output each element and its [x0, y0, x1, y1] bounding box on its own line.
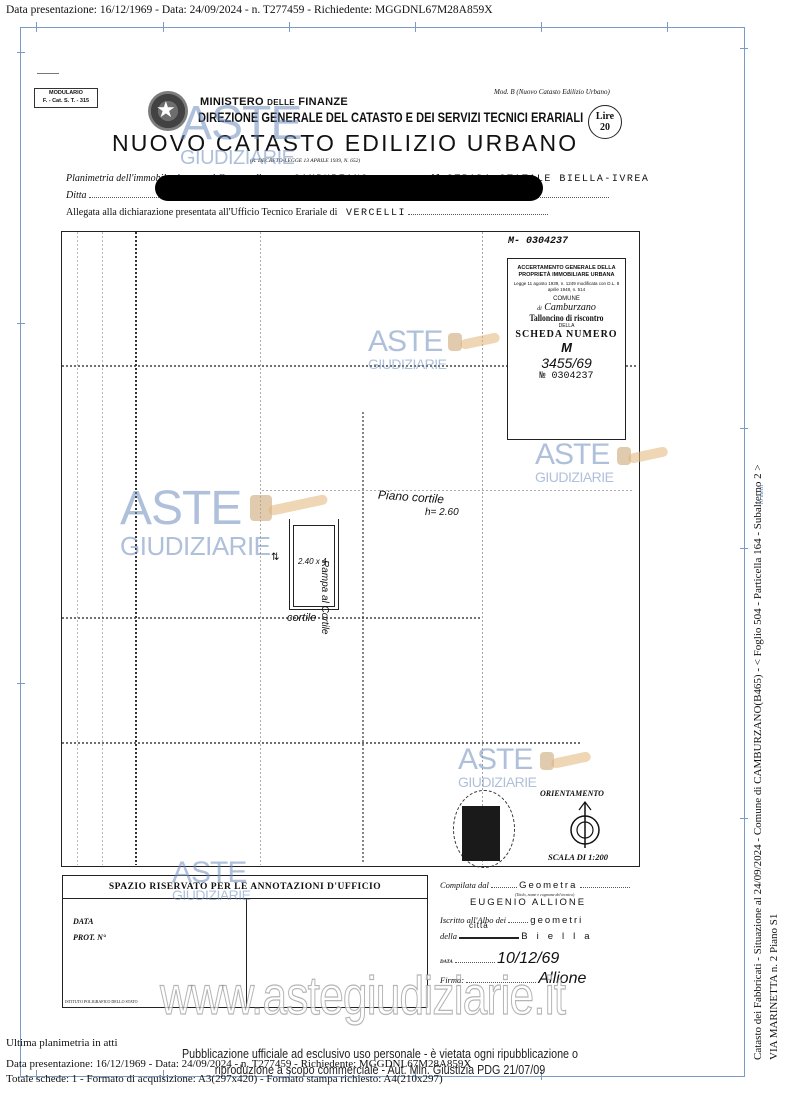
citta-label: città	[469, 921, 489, 930]
redaction-bar	[155, 175, 543, 201]
stub-title: ACCERTAMENTO GENERALE DELLA PROPRIETÀ IM…	[508, 265, 625, 279]
rampa-label: Rampa al Cortile	[319, 560, 330, 634]
stub-talloncino: Talloncino di riscontro	[517, 313, 616, 323]
stamp-image	[462, 806, 500, 861]
iscritto-value: geometri	[530, 915, 583, 926]
watermark-aste-2: ASTEGIUDIZIARIE	[368, 327, 447, 371]
wm-aste: ASTE	[120, 485, 271, 533]
ditta-label: Ditta	[66, 190, 87, 201]
side-cadastral-line: Catasto dei Fabbricati - Situazione al 2…	[752, 440, 764, 1060]
wm-giudiziarie: GIUDIZIARIE	[180, 148, 301, 168]
ministry-end: FINANZE	[298, 96, 348, 108]
annotations-prot-label: PROT. N°	[73, 933, 106, 942]
stub-scheda-number: 3455/69	[508, 355, 625, 371]
printer-label: ISTITUTO POLIGRAFICO DELLO STATO	[65, 999, 138, 1004]
modulario-label: MODULARIO	[35, 89, 97, 97]
north-arrow-icon	[565, 800, 605, 850]
lire-stamp: Lire 20	[588, 105, 622, 139]
compilata-row: Compilata dal Geometra	[440, 880, 630, 891]
wm-aste: ASTE	[180, 100, 301, 148]
stub-no-label: №	[539, 371, 545, 382]
ultima-label: Ultima planimetria in atti	[6, 1037, 118, 1049]
watermark-aste-1: ASTEGIUDIZIARIE	[180, 100, 301, 168]
della-row: della Biella	[440, 931, 599, 942]
ufficio-value: VERCELLI	[346, 208, 406, 219]
stub-no-value: 0304237	[552, 371, 594, 382]
watermark-aste-4: ASTEGIUDIZIARIE	[120, 485, 271, 559]
stub-scheda: SCHEDA NUMERO	[508, 329, 625, 340]
m-number: M- 0304237	[508, 236, 568, 247]
stub-law: Legge 11 agosto 1939, n. 1249 modificata…	[508, 281, 625, 293]
talloncino-stub: ACCERTAMENTO GENERALE DELLA PROPRIETÀ IM…	[507, 258, 626, 440]
scan-mark	[37, 73, 59, 74]
cortile-label: cortile	[287, 612, 316, 624]
compilata-value: Geometra	[519, 880, 577, 891]
wm-aste: ASTE	[368, 327, 447, 357]
scale-label: SCALA DI 1:200	[548, 852, 608, 862]
compiler-name: EUGENIO ALLIONE	[470, 897, 586, 908]
watermark-aste-5: ASTEGIUDIZIARIE	[458, 745, 537, 789]
watermark-aste-3: ASTEGIUDIZIARIE	[535, 440, 614, 484]
header-line: Data presentazione: 16/12/1969 - Data: 2…	[6, 4, 493, 16]
publication-notice: Pubblicazione ufficiale ad esclusivo uso…	[165, 1046, 595, 1078]
modulario-code: F. - Cat. S. T. - 315	[35, 97, 97, 105]
wm-aste: ASTE	[458, 745, 537, 775]
side-scale-label: 10 metri	[759, 485, 765, 505]
side-address-line: VIA MARINETTA n. 2 Piano S1	[768, 914, 780, 1060]
modulario-box: MODULARIO F. - Cat. S. T. - 315	[34, 88, 98, 108]
wm-giudiziarie: GIUDIZIARIE	[368, 357, 447, 371]
iscritto-row: Iscritto all'Albo dei geometri	[440, 915, 583, 926]
stub-di: di	[537, 306, 542, 312]
compilata-label: Compilata dal	[440, 880, 489, 890]
wm-aste: ASTE	[535, 440, 614, 470]
lire-value: 20	[589, 122, 621, 133]
stub-no-row: № 0304237	[508, 371, 625, 382]
allegata-label: Allegata alla dichiarazione presentata a…	[66, 207, 337, 218]
wm-giudiziarie: GIUDIZIARIE	[172, 888, 251, 902]
mod-b-label: Mod. B (Nuovo Catasto Edilizio Urbano)	[494, 88, 610, 96]
stair-arrow-icon: ⇅	[271, 552, 279, 563]
watermark-aste-6: ASTEGIUDIZIARIE	[172, 858, 251, 902]
site-watermark: www.astegiudiziarie.it	[160, 965, 565, 1027]
wm-aste: ASTE	[172, 858, 251, 888]
wm-giudiziarie: GIUDIZIARIE	[120, 533, 271, 559]
height-label: h= 2.60	[425, 507, 459, 518]
wm-giudiziarie: GIUDIZIARIE	[458, 775, 537, 789]
compiler-name-value: EUGENIO ALLIONE	[470, 897, 586, 908]
della-value: Biella	[521, 931, 598, 942]
stub-comune-row: di Camburzano	[508, 302, 625, 313]
allegata-row: Allegata alla dichiarazione presentata a…	[66, 207, 548, 219]
stub-m: M	[508, 340, 625, 355]
annotations-data-label: DATA	[73, 917, 93, 926]
stub-comune-value: Camburzano	[544, 302, 596, 313]
orientamento-label: ORIENTAMENTO	[540, 789, 604, 798]
wm-giudiziarie: GIUDIZIARIE	[535, 470, 614, 484]
della-label: della	[440, 931, 457, 941]
lire-label: Lire	[589, 111, 621, 122]
